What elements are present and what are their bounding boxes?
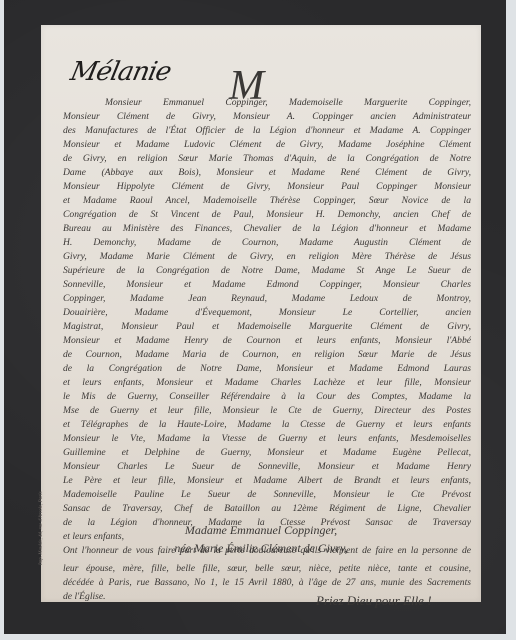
deceased-birth-name: née Marie Émilie Clément de Givry, bbox=[41, 541, 481, 556]
text-line: H. Demonchy, Madame de Cournon, Madame A… bbox=[63, 236, 471, 250]
text-line: Monsieur et Madame Ludovic Clément de Gi… bbox=[63, 138, 471, 152]
text-line: Monsieur et Madame Henry de Cournon et l… bbox=[63, 334, 471, 348]
announcement-sheet: Mélanie M Monsieur Emmanuel Coppinger, M… bbox=[41, 25, 481, 602]
text-line: Guillemine et Delphine de Guerny, Monsie… bbox=[63, 446, 471, 460]
text-line: Mademoiselle Pauline Le Sueur de Sonnevi… bbox=[63, 488, 471, 502]
text-line: de la Congrégation de Notre Dame, Monsie… bbox=[63, 362, 471, 376]
mourning-black-border: Mélanie M Monsieur Emmanuel Coppinger, M… bbox=[4, 0, 506, 634]
text-line: Monsieur Emmanuel Coppinger, Mademoisell… bbox=[63, 96, 471, 110]
text-line: leur épouse, mère, fille, belle fille, s… bbox=[63, 562, 471, 576]
text-line: Congrégation de St Vincent de Paul, Mons… bbox=[63, 208, 471, 222]
family-list: Monsieur Emmanuel Coppinger, Mademoisell… bbox=[63, 96, 471, 558]
text-line: Coppinger, Madame Jean Reynaud, Madame L… bbox=[63, 292, 471, 306]
text-line: Monsieur Clément de Givry, Monsieur A. C… bbox=[63, 110, 471, 124]
text-line: Douairière, Madame d'Évequemont, Monsieu… bbox=[63, 306, 471, 320]
text-line: Supérieure de la Congrégation de Notre D… bbox=[63, 264, 471, 278]
text-line: Magistrat, Monsieur Paul et Mademoiselle… bbox=[63, 320, 471, 334]
deceased-name: Madame Emmanuel Coppinger, bbox=[41, 523, 481, 538]
text-line: Monsieur le Vte, Madame la Vtesse de Gue… bbox=[63, 432, 471, 446]
text-line: Sansac de Traversay, Chef de Bataillon a… bbox=[63, 502, 471, 516]
text-line: et leurs enfants, Monsieur et Madame Cha… bbox=[63, 376, 471, 390]
text-line: Dame (Abbaye aux Bois), Monsieur et Mada… bbox=[63, 166, 471, 180]
text-line: de Cournon, Madame Maria de Cournon, en … bbox=[63, 348, 471, 362]
text-line: et Madame Raoul Ancel, Mademoiselle Thér… bbox=[63, 194, 471, 208]
printer-imprint: Imp. Maulde, 44, rue d'Arcole, Paris bbox=[39, 491, 44, 565]
text-line: des Manufactures de l'État Officier de l… bbox=[63, 124, 471, 138]
text-line: Monsieur Charles Le Sueur de Sonneville,… bbox=[63, 460, 471, 474]
prayer-line: Priez Dieu pour Elle ! bbox=[316, 593, 432, 609]
handwritten-annotation: Mélanie bbox=[68, 57, 174, 87]
text-line: décédée à Paris, rue Bassano, No 1, le 1… bbox=[63, 576, 471, 590]
text-line: Monsieur Hippolyte Clément de Givry, Mon… bbox=[63, 180, 471, 194]
text-line: Le Père et leur fille, Monsieur et Madam… bbox=[63, 474, 471, 488]
text-line: Givry, Madame Marie Clément de Givry, en… bbox=[63, 250, 471, 264]
text-line: et Télégraphes de la Haute-Loire, Madame… bbox=[63, 418, 471, 432]
text-line: de Givry, en religion Sœur Marie Thomas … bbox=[63, 152, 471, 166]
text-line: Sonneville, Monsieur et Madame Edmond Co… bbox=[63, 278, 471, 292]
text-line: Mse de Guerny et leur fille, Monsieur le… bbox=[63, 404, 471, 418]
text-line: le Mis de Guerny, Conseiller Référendair… bbox=[63, 390, 471, 404]
text-line: Bureau au Ministère des Finances, Cheval… bbox=[63, 222, 471, 236]
